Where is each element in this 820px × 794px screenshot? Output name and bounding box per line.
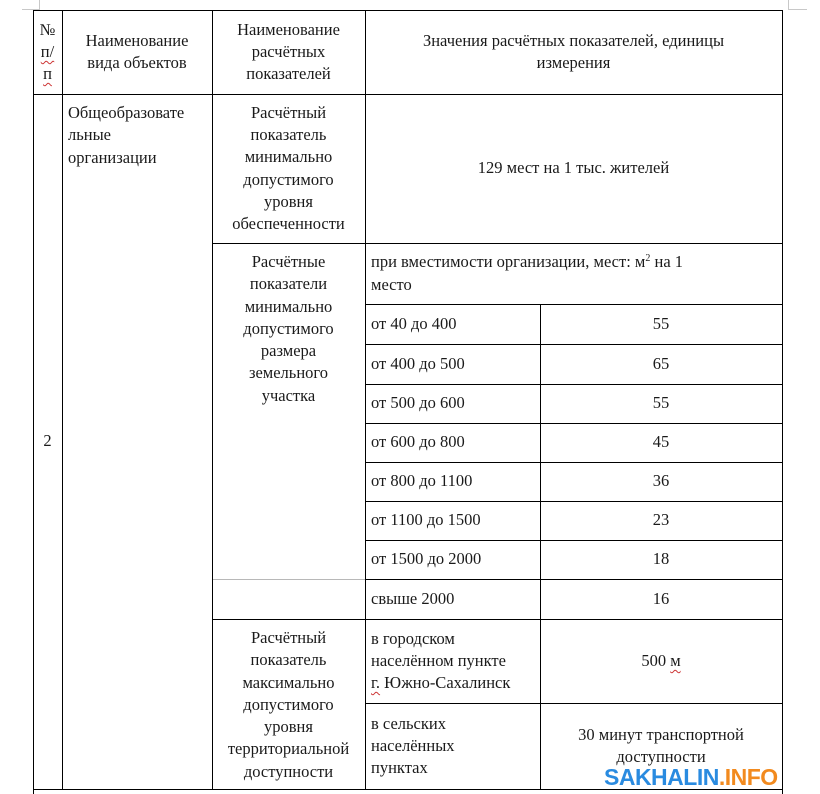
table-rule	[540, 304, 541, 790]
area-per-place: 55	[540, 384, 782, 423]
table-rule	[782, 10, 783, 794]
table-rule	[365, 304, 783, 305]
header-object-type: Наименованиевида объектов	[62, 10, 212, 94]
capacity-range: от 40 до 400	[365, 304, 540, 344]
row-number: 2	[33, 94, 62, 789]
table-rule	[33, 94, 783, 95]
header-number: №п/п	[33, 10, 62, 94]
area-per-place: 55	[540, 304, 782, 344]
header-indicator-name: Наименованиерасчётныхпоказателей	[212, 10, 365, 94]
table-rule	[212, 243, 783, 244]
area-per-place: 18	[540, 540, 782, 579]
table-rule	[62, 10, 63, 790]
table-rule	[365, 384, 783, 385]
capacity-range: от 800 до 1100	[365, 462, 540, 501]
area-per-place: 36	[540, 462, 782, 501]
table-rule	[365, 423, 783, 424]
table-rule	[365, 540, 783, 541]
table-rule	[365, 344, 783, 345]
table-rule	[365, 703, 783, 704]
page-corner-mark	[22, 0, 40, 10]
capacity-range: от 600 до 800	[365, 423, 540, 462]
table-rule	[365, 501, 783, 502]
area-per-place: 45	[540, 423, 782, 462]
table-rule	[365, 10, 366, 790]
area-per-place: 23	[540, 501, 782, 540]
capacity-range: от 1500 до 2000	[365, 540, 540, 579]
table-rule	[365, 462, 783, 463]
capacity-range: от 400 до 500	[365, 344, 540, 384]
table-rule	[212, 619, 783, 620]
table-rule	[33, 10, 34, 794]
indicator-name: Расчётныепоказателиминимальнодопустимого…	[212, 243, 365, 579]
place-urban: в городскомнаселённом пунктег. Южно-Саха…	[365, 619, 540, 703]
indicator-name: Расчётныйпоказательмаксимальнодопустимог…	[212, 619, 365, 789]
area-per-place: 16	[540, 579, 782, 619]
indicator-value: 129 мест на 1 тыс. жителей	[365, 94, 782, 243]
indicator-name: Расчётныйпоказательминимальнодопустимого…	[212, 94, 365, 243]
object-name: Общеобразовательныеорганизации	[62, 94, 212, 789]
place-rural: в сельскихнаселённыхпунктах	[365, 703, 540, 789]
access-urban-value: 500 м	[540, 619, 782, 703]
page-corner-mark	[788, 0, 807, 10]
area-per-place: 65	[540, 344, 782, 384]
capacity-range: от 500 до 600	[365, 384, 540, 423]
watermark: SAKHALIN.INFO	[604, 764, 778, 790]
table-rule	[212, 10, 213, 790]
table-rule	[33, 10, 783, 11]
table-rule	[212, 579, 366, 580]
header-values: Значения расчётных показателей, единицыи…	[365, 10, 782, 94]
capacity-range: свыше 2000	[365, 579, 540, 619]
table-rule	[365, 579, 783, 580]
capacity-subheader: при вместимости организации, мест: м2 на…	[365, 243, 782, 304]
capacity-range: от 1100 до 1500	[365, 501, 540, 540]
